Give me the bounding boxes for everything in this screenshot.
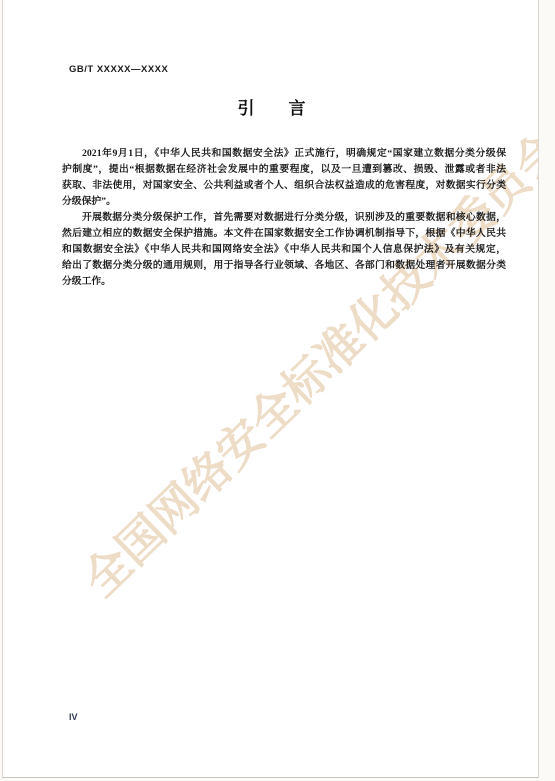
paragraph-line: 2021年9月1日，《中华人民共和国数据安全法》正式施行，明确规定“国家建立数据… [62,146,506,162]
page-title: 引 言 [3,94,539,119]
paragraph: 2021年9月1日，《中华人民共和国数据安全法》正式施行，明确规定“国家建立数据… [62,146,506,210]
document-viewport: 全国网络安全标准化技术委员会 GB/T XXXXX—XXXX 引 言 2021年… [0,0,555,781]
paragraph-line: 开展数据分类分级保护工作，首先需要对数据进行分类分级，识别涉及的重要数据和核心数… [62,210,506,226]
paragraph-line: 分级保护”。 [62,194,506,210]
paragraph-line: 和国数据安全法》《中华人民共和国网络安全法》《中华人民共和国个人信息保护法》及有… [62,242,506,258]
document-page: 全国网络安全标准化技术委员会 GB/T XXXXX—XXXX 引 言 2021年… [2,0,539,778]
document-body: 2021年9月1日，《中华人民共和国数据安全法》正式施行，明确规定“国家建立数据… [62,146,506,290]
paragraph-line: 获取、非法使用，对国家安全、公共利益或者个人、组织合法权益造成的危害程度，对数据… [62,178,506,194]
paragraph-line: 护制度”，提出“根据数据在经济社会发展中的重要程度，以及一旦遭到篡改、损毁、泄露… [62,162,506,178]
standard-number-header: GB/T XXXXX—XXXX [69,64,168,75]
paragraph-line: 给出了数据分类分级的通用规则，用于指导各行业领域、各地区、各部门和数据处理者开展… [62,258,506,274]
paragraph: 开展数据分类分级保护工作，首先需要对数据进行分类分级，识别涉及的重要数据和核心数… [62,210,506,290]
page-number: IV [69,712,78,722]
paragraph-line: 分级工作。 [62,274,506,290]
paragraph-line: 然后建立相应的数据安全保护措施。本文件在国家数据安全工作协调机制指导下，根据《中… [62,226,506,242]
